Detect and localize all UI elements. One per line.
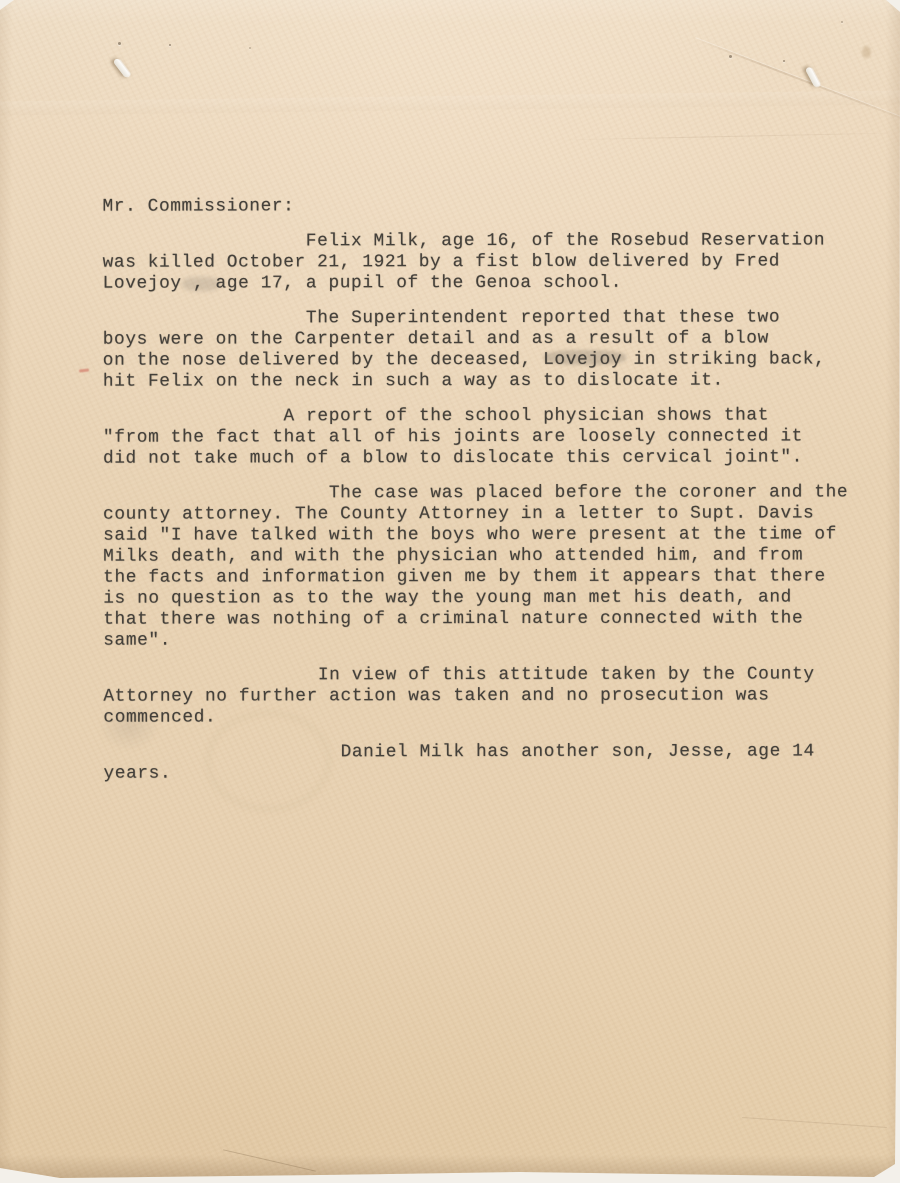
text-line: Attorney no further action was taken and… <box>103 685 883 707</box>
paragraph: In view of this attitude taken by the Co… <box>103 664 883 728</box>
document-text: Mr. Commissioner: Felix Milk, age 16, of… <box>102 195 883 784</box>
text-line: The case was placed before the coroner a… <box>103 482 883 504</box>
text-line: boys were on the Carpenter detail and as… <box>103 328 883 350</box>
paper-speck <box>249 47 251 49</box>
text-line: The Superintendent reported that these t… <box>103 307 883 329</box>
paper-speck <box>783 60 785 62</box>
text-line: Milks death, and with the physician who … <box>103 545 883 567</box>
small-tan-spot <box>862 46 871 58</box>
text-line: Lovejoy , age 17, a pupil of the Genoa s… <box>103 272 883 294</box>
bottom-left-crease <box>223 1149 316 1171</box>
text-line: said "I have talked with the boys who we… <box>103 524 883 546</box>
salutation-line: Mr. Commissioner: <box>102 195 882 217</box>
text-line: hit Felix on the neck in such a way as t… <box>103 370 883 392</box>
text-line: was killed October 21, 1921 by a fist bl… <box>103 251 883 273</box>
paper-sheet: Mr. Commissioner: Felix Milk, age 16, of… <box>0 0 900 1183</box>
red-pencil-mark <box>79 368 89 372</box>
paragraph: A report of the school physician shows t… <box>103 405 883 469</box>
text-line: commenced. <box>103 706 883 728</box>
text-line: the facts and information given me by th… <box>103 566 883 588</box>
paper-speck <box>729 55 732 58</box>
text-line: Felix Milk, age 16, of the Rosebud Reser… <box>103 230 883 252</box>
text-line: did not take much of a blow to dislocate… <box>103 447 883 469</box>
paper-speck <box>169 44 171 46</box>
text-line: In view of this attitude taken by the Co… <box>103 664 883 686</box>
text-line: is no question as to the way the young m… <box>103 587 883 609</box>
bottom-right-crease <box>742 1117 887 1128</box>
staple-mark-right <box>805 66 820 87</box>
paragraph: Felix Milk, age 16, of the Rosebud Reser… <box>103 230 883 294</box>
paragraph: The Superintendent reported that these t… <box>103 307 883 392</box>
text-line: same". <box>103 629 883 651</box>
staple-mark-left <box>113 58 130 78</box>
text-line: Daniel Milk has another son, Jesse, age … <box>103 741 883 763</box>
text-line: years. <box>103 762 883 784</box>
paper-speck <box>118 42 121 45</box>
text-line: "from the fact that all of his joints ar… <box>103 426 883 448</box>
text-line: that there was nothing of a criminal nat… <box>103 608 883 630</box>
scanner-background: Mr. Commissioner: Felix Milk, age 16, of… <box>0 0 900 1183</box>
horizontal-fold-crease <box>0 91 900 116</box>
top-right-crease <box>695 38 900 129</box>
paper-speck <box>841 21 843 23</box>
paragraphs: Felix Milk, age 16, of the Rosebud Reser… <box>103 230 884 784</box>
paragraph: Daniel Milk has another son, Jesse, age … <box>103 741 883 784</box>
text-line: A report of the school physician shows t… <box>103 405 883 427</box>
text-line: county attorney. The County Attorney in … <box>103 503 883 525</box>
text-line: on the nose delivered by the deceased, L… <box>103 349 883 371</box>
paragraph: The case was placed before the coroner a… <box>103 482 883 651</box>
upper-right-crease <box>555 132 900 140</box>
